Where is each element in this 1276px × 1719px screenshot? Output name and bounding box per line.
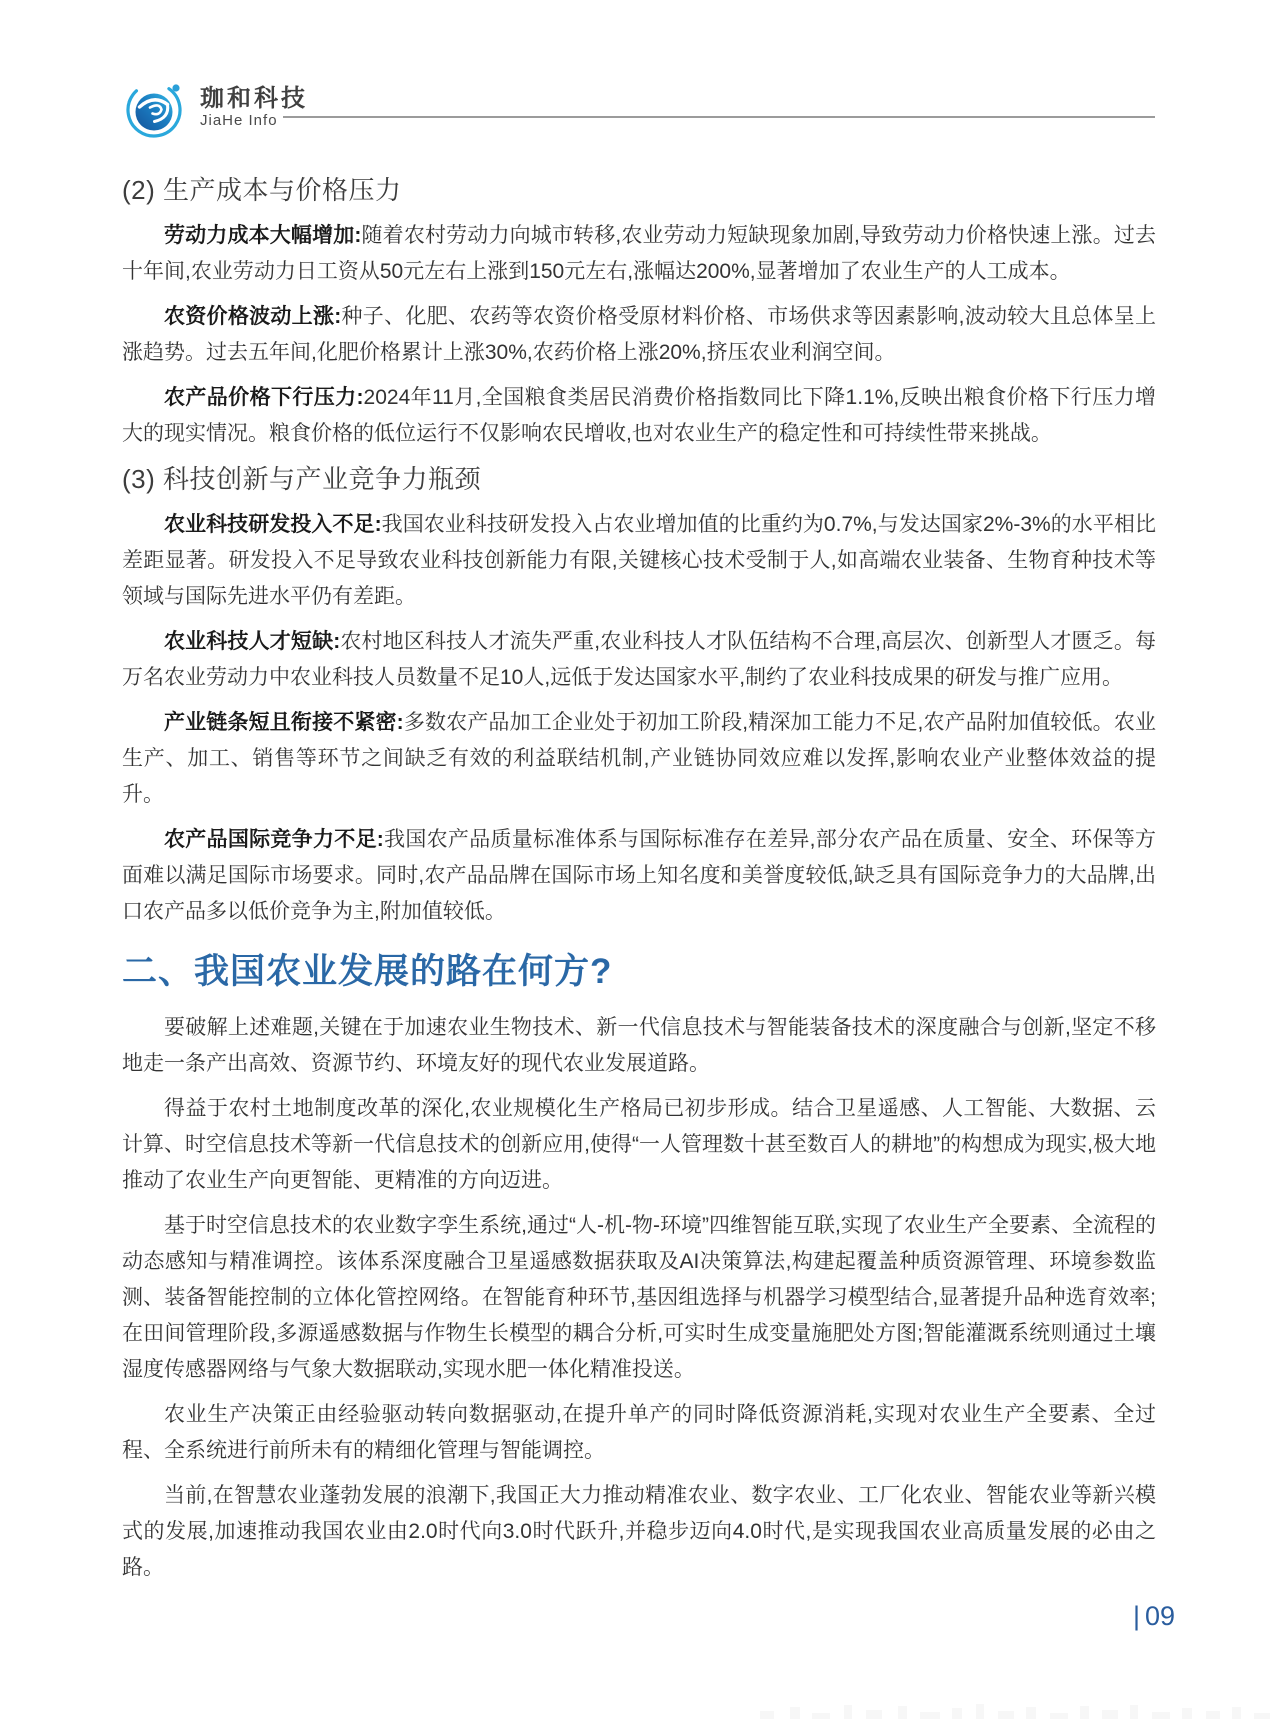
document-body: (2) 生产成本与价格压力 劳动力成本大幅增加:随着农村劳动力向城市转移,农业劳… xyxy=(122,168,1156,1595)
page-number-value: 09 xyxy=(1145,1601,1175,1632)
paragraph-input-price: 农资价格波动上涨:种子、化肥、农药等农资价格受原材料价格、市场供求等因素影响,波… xyxy=(122,299,1156,371)
paragraph-lead: 劳动力成本大幅增加: xyxy=(164,224,361,247)
paragraph-smart-agriculture-trend: 当前,在智慧农业蓬勃发展的浪潮下,我国正大力推动精准农业、数字农业、工厂化农业、… xyxy=(122,1478,1156,1586)
paragraph-rd-investment: 农业科技研发投入不足:我国农业科技研发投入占农业增加值的比重约为0.7%,与发达… xyxy=(122,507,1156,615)
paragraph-digital-twin: 基于时空信息技术的农业数字孪生系统,通过“人-机-物-环境”四维智能互联,实现了… xyxy=(122,1208,1156,1388)
paragraph-lead: 农业科技研发投入不足: xyxy=(164,513,382,536)
paragraph-lead: 农业科技人才短缺: xyxy=(164,630,340,653)
paragraph-industry-chain: 产业链条短且衔接不紧密:多数农产品加工企业处于初加工阶段,精深加工能力不足,农产… xyxy=(122,705,1156,813)
paragraph-data-driven: 农业生产决策正由经验驱动转向数据驱动,在提升单产的同时降低资源消耗,实现对农业生… xyxy=(122,1397,1156,1469)
paragraph-lead: 农产品国际竞争力不足: xyxy=(164,828,384,851)
paragraph-land-reform: 得益于农村土地制度改革的深化,农业规模化生产格局已初步形成。结合卫星遥感、人工智… xyxy=(122,1091,1156,1199)
section-heading-two: 二、我国农业发展的路在何方? xyxy=(122,948,1156,996)
paragraph-product-price: 农产品价格下行压力:2024年11月,全国粮食类居民消费价格指数同比下降1.1%… xyxy=(122,380,1156,452)
swirl-globe-icon xyxy=(123,76,187,140)
page-number-separator: | xyxy=(1133,1601,1140,1632)
subsection-heading-2: (2) 生产成本与价格压力 xyxy=(122,172,1156,208)
subsection-heading-3: (3) 科技创新与产业竞争力瓶颈 xyxy=(122,461,1156,497)
header-divider-line xyxy=(283,116,1155,118)
paragraph-solution-key: 要破解上述难题,关键在于加速农业生物技术、新一代信息技术与智能装备技术的深度融合… xyxy=(122,1010,1156,1082)
paragraph-lead: 产业链条短且衔接不紧密: xyxy=(164,711,404,734)
paragraph-talent-shortage: 农业科技人才短缺:农村地区科技人才流失严重,农业科技人才队伍结构不合理,高层次、… xyxy=(122,624,1156,696)
logo-name-cn: 珈和科技 xyxy=(200,86,308,112)
paragraph-international-competitiveness: 农产品国际竞争力不足:我国农产品质量标准体系与国际标准存在差异,部分农产品在质量… xyxy=(122,822,1156,930)
bottom-watermark-skyline xyxy=(0,1697,1276,1719)
paragraph-lead: 农资价格波动上涨: xyxy=(164,305,341,328)
logo-name-en: JiaHe Info xyxy=(200,112,308,130)
page-number: | 09 xyxy=(1133,1601,1175,1632)
company-logo: 珈和科技 JiaHe Info xyxy=(123,76,308,140)
paragraph-lead: 农产品价格下行压力: xyxy=(164,386,364,409)
paragraph-labor-cost: 劳动力成本大幅增加:随着农村劳动力向城市转移,农业劳动力短缺现象加剧,导致劳动力… xyxy=(122,218,1156,290)
